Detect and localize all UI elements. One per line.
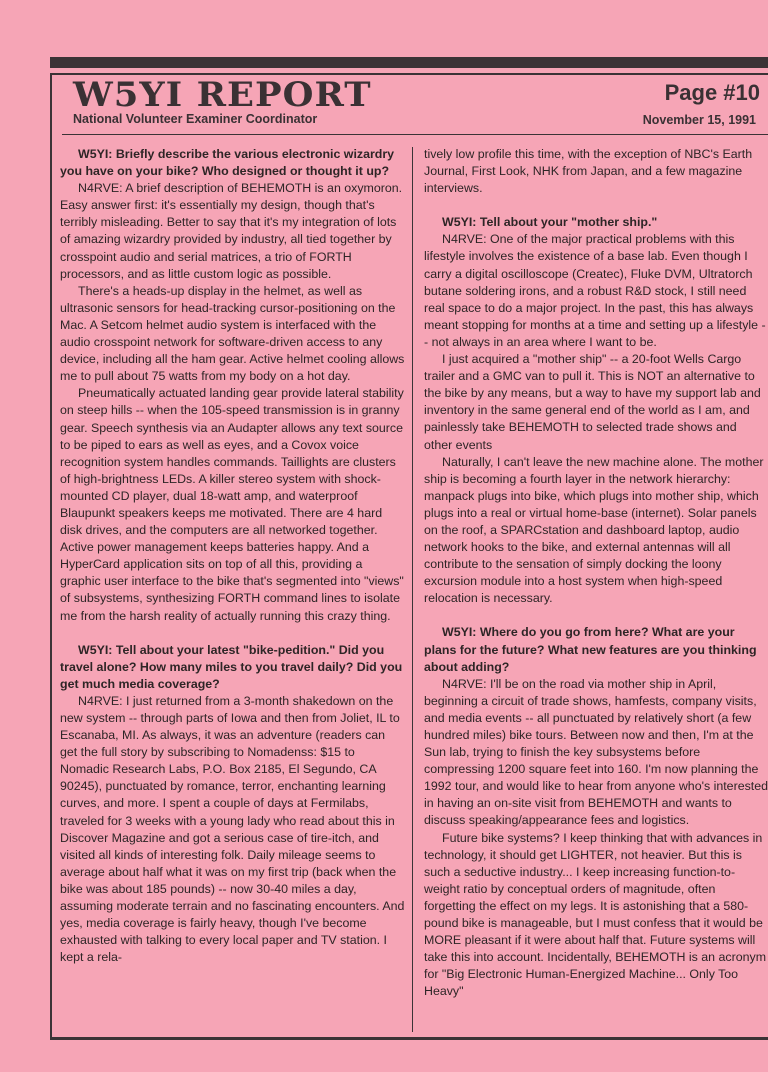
column-divider <box>412 147 413 1032</box>
newsletter-subtitle: National Volunteer Examiner Coordinator <box>73 112 317 126</box>
right-column: tively low profile this time, with the e… <box>424 146 768 1001</box>
answer-continuation: tively low profile this time, with the e… <box>424 146 768 197</box>
answer-paragraph: Future bike systems? I keep thinking tha… <box>424 830 768 1001</box>
paragraph-gap <box>424 607 768 624</box>
paragraph-gap <box>60 625 405 642</box>
left-column: W5YI: Briefly describe the various elect… <box>60 146 405 966</box>
paragraph-gap <box>424 197 768 214</box>
interview-answer: N4RVE: A brief description of BEHEMOTH i… <box>60 180 405 283</box>
answer-paragraph: Naturally, I can't leave the new machine… <box>424 454 768 608</box>
interview-question: W5YI: Where do you go from here? What ar… <box>424 624 768 675</box>
interview-question: W5YI: Tell about your latest "bike-pedit… <box>60 642 405 693</box>
interview-answer: N4RVE: I'll be on the road via mother sh… <box>424 676 768 830</box>
interview-answer: N4RVE: I just returned from a 3-month sh… <box>60 693 405 967</box>
page-number: Page #10 <box>665 80 760 106</box>
masthead-top-bar <box>50 57 768 68</box>
issue-date: November 15, 1991 <box>643 113 756 127</box>
answer-paragraph: There's a heads-up display in the helmet… <box>60 283 405 386</box>
header-divider <box>62 134 768 135</box>
answer-paragraph: I just acquired a "mother ship" -- a 20-… <box>424 351 768 454</box>
interview-answer: N4RVE: One of the major practical proble… <box>424 231 768 351</box>
answer-paragraph: Pneumatically actuated landing gear prov… <box>60 385 405 624</box>
newsletter-title: W5YI REPORT <box>73 78 372 112</box>
interview-question: W5YI: Briefly describe the various elect… <box>60 146 405 180</box>
interview-question: W5YI: Tell about your "mother ship." <box>424 214 768 231</box>
